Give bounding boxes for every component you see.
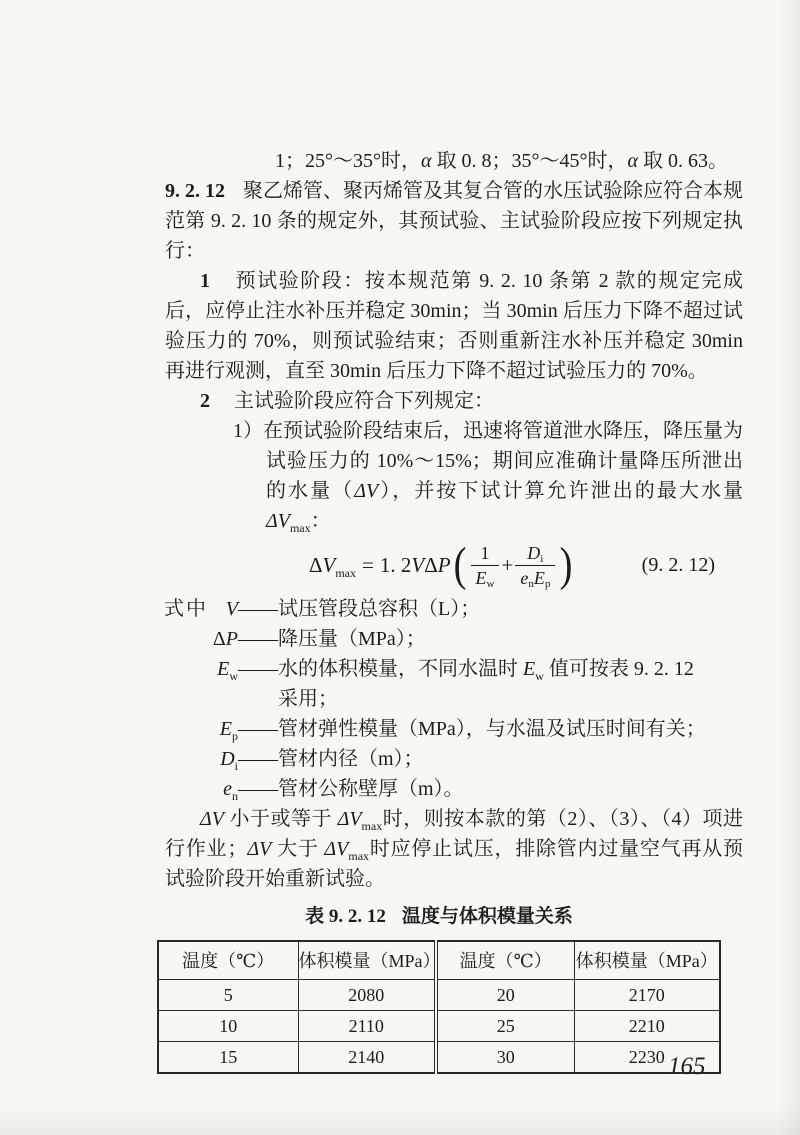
document-page: 1；25°～35°时，α 取 0. 8；35°～45°时，α 取 0. 63。 … (0, 0, 800, 1135)
dash: —— (238, 744, 278, 774)
w-subscript: w (487, 578, 495, 590)
table-header-row: 温度（℃） 体积模量（MPa） 温度（℃） 体积模量（MPa） (158, 941, 720, 980)
item-body: 主试验阶段应符合下列规定： (234, 390, 494, 412)
text-run: 小于或等于 (224, 808, 338, 830)
modulus-table: 温度（℃） 体积模量（MPa） 温度（℃） 体积模量（MPa） 5 2080 2… (157, 940, 721, 1074)
table-row: 5 2080 20 2170 (158, 980, 720, 1011)
symbol: Ep (165, 714, 238, 744)
e-variable: E (534, 568, 545, 588)
i-subscript: i (235, 759, 238, 773)
delta-symbol: Δ (309, 553, 323, 577)
section-9-2-12-paragraph: 9. 2. 12聚乙烯管、聚丙烯管及其复合管的水压试验除应符合本规范第 9. 2… (165, 176, 743, 266)
symbol-description: 试压管段总容积（L）； (278, 594, 743, 624)
text-run: 取 0. 8；35°～45°时， (432, 150, 628, 172)
table-row: 15 2140 30 2230 (158, 1042, 720, 1074)
alpha-symbol: α (628, 150, 639, 172)
symbol-row-ew: Ew —— 水的体积模量，不同水温时 Ew 值可按表 9. 2. 12采用； (165, 654, 743, 714)
denominator: Ew (471, 565, 500, 588)
dash: —— (238, 594, 278, 624)
table-cell: 5 (158, 980, 298, 1011)
dash: —— (238, 774, 278, 804)
e-variable: E (217, 658, 229, 680)
text-run: 值可按表 9. 2. 12 (544, 658, 694, 680)
numerator: 1 (475, 543, 494, 565)
table-cell: 2080 (298, 980, 436, 1011)
v-variable: V (226, 598, 238, 620)
symbol-row-di: Di —— 管材内径（m）； (165, 744, 743, 774)
sub-item-1: 1）在预试验阶段结束后，迅速将管道泄水降压，降压量为试验压力的 10%～15%；… (165, 416, 743, 536)
clause-item-2: 2主试验阶段应符合下列规定： (165, 386, 743, 416)
p-variable: P (438, 553, 451, 577)
e-variable: e (223, 778, 232, 800)
table-header-cell: 体积模量（MPa） (574, 941, 720, 980)
fraction-1: 1 Ew (471, 543, 500, 588)
equation-lhs: ΔVmax=1. 2VΔP (309, 550, 451, 580)
sub-item-label: 1） (233, 420, 263, 442)
e-variable: E (220, 718, 232, 740)
table-cell: 15 (158, 1042, 298, 1074)
fraction-2: Di enEp (515, 543, 555, 588)
text-run: 采用； (278, 684, 743, 714)
table-header-cell: 温度（℃） (436, 941, 574, 980)
max-subscript: max (348, 849, 369, 863)
table-row: 10 2110 25 2210 (158, 1011, 720, 1042)
symbol: Ew (165, 654, 238, 714)
where-prefix: 式中 (164, 594, 208, 624)
item-number: 1 (200, 270, 210, 292)
equation-number: (9. 2. 12) (642, 550, 715, 580)
symbol-row-v: 式中V —— 试压管段总容积（L）； (165, 594, 743, 624)
page-content: 1；25°～35°时，α 取 0. 8；35°～45°时，α 取 0. 63。 … (165, 146, 743, 1074)
symbol: Di (165, 744, 238, 774)
delta-v-symbol: ΔV (247, 838, 271, 860)
symbol: ΔP (165, 624, 238, 654)
section-number: 9. 2. 12 (165, 180, 225, 202)
delta-v-max-symbol: ΔV (266, 510, 290, 532)
alpha-symbol: α (421, 150, 432, 172)
closing-paragraph: ΔV 小于或等于 ΔVmax时，则按本款的第（2）、（3）、（4）项进行作业；Δ… (165, 804, 743, 894)
symbol-row-dp: ΔP —— 降压量（MPa）； (165, 624, 743, 654)
w-subscript: w (535, 669, 544, 683)
table-cell: 30 (436, 1042, 574, 1074)
i-subscript: i (540, 553, 543, 565)
delta-symbol: Δ (213, 628, 226, 650)
table-header-cell: 温度（℃） (158, 941, 298, 980)
table-caption-label: 表 9. 2. 12 (305, 906, 386, 927)
equation-body: ΔVmax=1. 2VΔP ( 1 Ew + Di enEp ) (309, 541, 575, 589)
n-subscript: n (232, 789, 238, 803)
delta-symbol: Δ (424, 553, 438, 577)
symbol-description: 水的体积模量，不同水温时 Ew 值可按表 9. 2. 12采用； (278, 654, 743, 714)
max-subscript: max (335, 566, 356, 580)
dash: —— (238, 654, 278, 714)
continuation-line: 1；25°～35°时，α 取 0. 8；35°～45°时，α 取 0. 63。 (165, 146, 743, 176)
e-variable: E (476, 568, 487, 588)
text-run: ），并按下试计算允许泄出的最大水量 (378, 480, 743, 502)
table-cell: 20 (436, 980, 574, 1011)
p-subscript: p (232, 729, 238, 743)
table-cell: 2170 (574, 980, 720, 1011)
p-variable: P (226, 628, 238, 650)
table-cell: 25 (436, 1011, 574, 1042)
text-run: 1；25°～35°时， (275, 150, 421, 172)
text-run: 大于 (271, 838, 324, 860)
dash: —— (238, 714, 278, 744)
p-subscript: p (545, 578, 551, 590)
denominator: enEp (515, 565, 555, 588)
symbol: en (165, 774, 238, 804)
open-paren: ( (453, 541, 466, 589)
page-number: 165 (668, 1052, 706, 1082)
max-subscript: max (290, 521, 311, 535)
table-cell: 10 (158, 1011, 298, 1042)
table-caption: 表 9. 2. 12温度与体积模量关系 (135, 902, 743, 932)
max-subscript: max (362, 819, 383, 833)
symbol-row-en: en —— 管材公称壁厚（m）。 (165, 774, 743, 804)
table-header-cell: 体积模量（MPa） (298, 941, 436, 980)
symbol-description: 管材内径（m）； (278, 744, 743, 774)
equation-9-2-12: ΔVmax=1. 2VΔP ( 1 Ew + Di enEp ) (9. 2. … (309, 538, 743, 592)
text-run: ： (311, 510, 331, 532)
table-cell: 2140 (298, 1042, 436, 1074)
item-number: 2 (200, 390, 210, 412)
plus-sign: + (501, 550, 513, 580)
clause-item-1: 1预试验阶段：按本规范第 9. 2. 10 条第 2 款的规定完成后，应停止注水… (165, 266, 743, 386)
dash: —— (238, 624, 278, 654)
delta-v-symbol: ΔV (354, 480, 378, 502)
delta-v-max-symbol: ΔV (324, 838, 348, 860)
item-body: 预试验阶段：按本规范第 9. 2. 10 条第 2 款的规定完成后，应停止注水补… (165, 270, 743, 382)
delta-v-max-symbol: ΔV (338, 808, 362, 830)
section-body: 聚乙烯管、聚丙烯管及其复合管的水压试验除应符合本规范第 9. 2. 10 条的规… (165, 180, 743, 262)
text-run: 水的体积模量，不同水温时 (278, 658, 523, 680)
d-variable: D (220, 748, 234, 770)
e-variable: E (523, 658, 535, 680)
symbol: 式中V (165, 594, 238, 624)
d-variable: D (527, 543, 540, 563)
table-cell: 2210 (574, 1011, 720, 1042)
text-run: 取 0. 63。 (638, 150, 728, 172)
symbol-description: 管材弹性模量（MPa），与水温及试压时间有关； (278, 714, 743, 744)
v-variable: V (323, 553, 336, 577)
delta-v-symbol: ΔV (200, 808, 224, 830)
table-cell: 2110 (298, 1011, 436, 1042)
coefficient: 1. 2 (380, 553, 412, 577)
v-variable: V (411, 553, 424, 577)
close-paren: ) (560, 541, 573, 589)
table-caption-title: 温度与体积模量关系 (402, 906, 573, 927)
symbol-description: 降压量（MPa）； (278, 624, 743, 654)
equals-sign: = (362, 553, 374, 577)
symbol-row-ep: Ep —— 管材弹性模量（MPa），与水温及试压时间有关； (165, 714, 743, 744)
symbol-description: 管材公称壁厚（m）。 (278, 774, 743, 804)
w-subscript: w (229, 669, 238, 683)
numerator: Di (522, 543, 548, 565)
